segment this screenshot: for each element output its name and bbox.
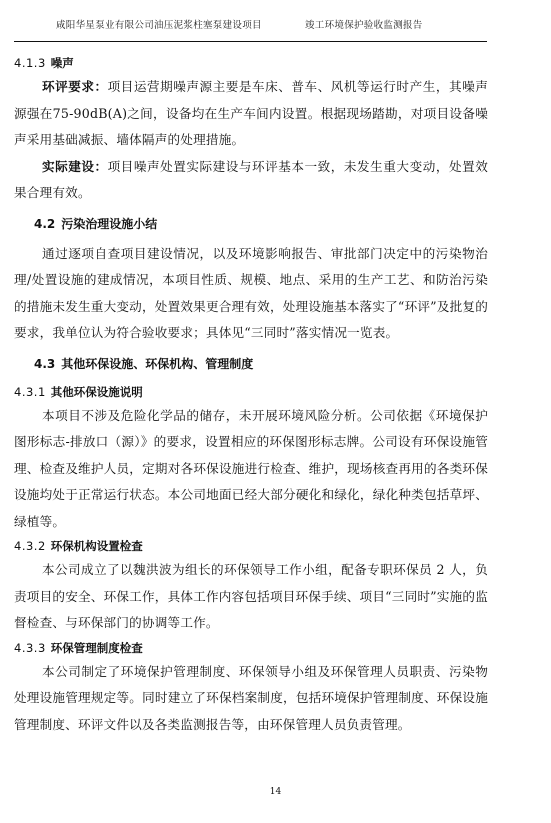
header-divider <box>14 41 487 42</box>
paragraph-4-3-3: 本公司制定了环境保护管理制度、环保领导小组及环保管理人员职责、污染物处理设施管理… <box>14 659 488 739</box>
heading-4-3: 4.3其他环保设施、环保机构、管理制度 <box>14 347 488 381</box>
heading-number: 4.1.3 <box>14 56 46 70</box>
paragraph-4-3-2: 本公司成立了以魏洪波为组长的环保领导工作小组，配备专职环保员 2 人，负责项目的… <box>14 557 488 637</box>
heading-title: 其他环保设施、环保机构、管理制度 <box>61 357 253 371</box>
page-body: 4.1.3噪声 环评要求：项目运营期噪声源主要是车床、普车、风机等运行时产生，其… <box>14 52 488 738</box>
label-actual-construction: 实际建设： <box>42 159 108 174</box>
heading-4-3-2: 4.3.2环保机构设置检查 <box>14 535 488 557</box>
heading-number: 4.3 <box>34 357 55 371</box>
header-report-title: 竣工环境保护验收监测报告 <box>305 17 423 31</box>
paragraph-4-2: 通过逐项自查项目建设情况，以及环境影响报告、审批部门决定中的污染物治理/处置设施… <box>14 241 488 347</box>
heading-number: 4.2 <box>34 217 55 231</box>
header-project-title: 咸阳华星泵业有限公司油压泥浆柱塞泵建设项目 <box>56 17 262 31</box>
heading-4-3-1: 4.3.1其他环保设施说明 <box>14 381 488 403</box>
heading-number: 4.3.1 <box>14 385 46 399</box>
heading-title: 其他环保设施说明 <box>51 385 143 399</box>
heading-number: 4.3.3 <box>14 641 46 655</box>
heading-title: 环保机构设置检查 <box>51 539 143 553</box>
heading-title: 噪声 <box>51 56 74 70</box>
heading-4-2: 4.2污染治理设施小结 <box>14 207 488 241</box>
paragraph-4-3-1: 本项目不涉及危险化学品的储存，未开展环境风险分析。公司依据《环境保护图形标志-排… <box>14 403 488 536</box>
heading-4-1-3: 4.1.3噪声 <box>14 52 488 74</box>
paragraph-actual-construction: 实际建设：项目噪声处置实际建设与环评基本一致，未发生重大变动，处置效果合理有效。 <box>14 154 488 207</box>
heading-title: 环保管理制度检查 <box>51 641 143 655</box>
label-eia-requirement: 环评要求： <box>42 79 108 94</box>
heading-number: 4.3.2 <box>14 539 46 553</box>
heading-title: 污染治理设施小结 <box>61 217 157 231</box>
heading-4-3-3: 4.3.3环保管理制度检查 <box>14 637 488 659</box>
paragraph-eia-requirement: 环评要求：项目运营期噪声源主要是车床、普车、风机等运行时产生，其噪声源强在75-… <box>14 74 488 154</box>
page-number: 14 <box>0 787 551 797</box>
